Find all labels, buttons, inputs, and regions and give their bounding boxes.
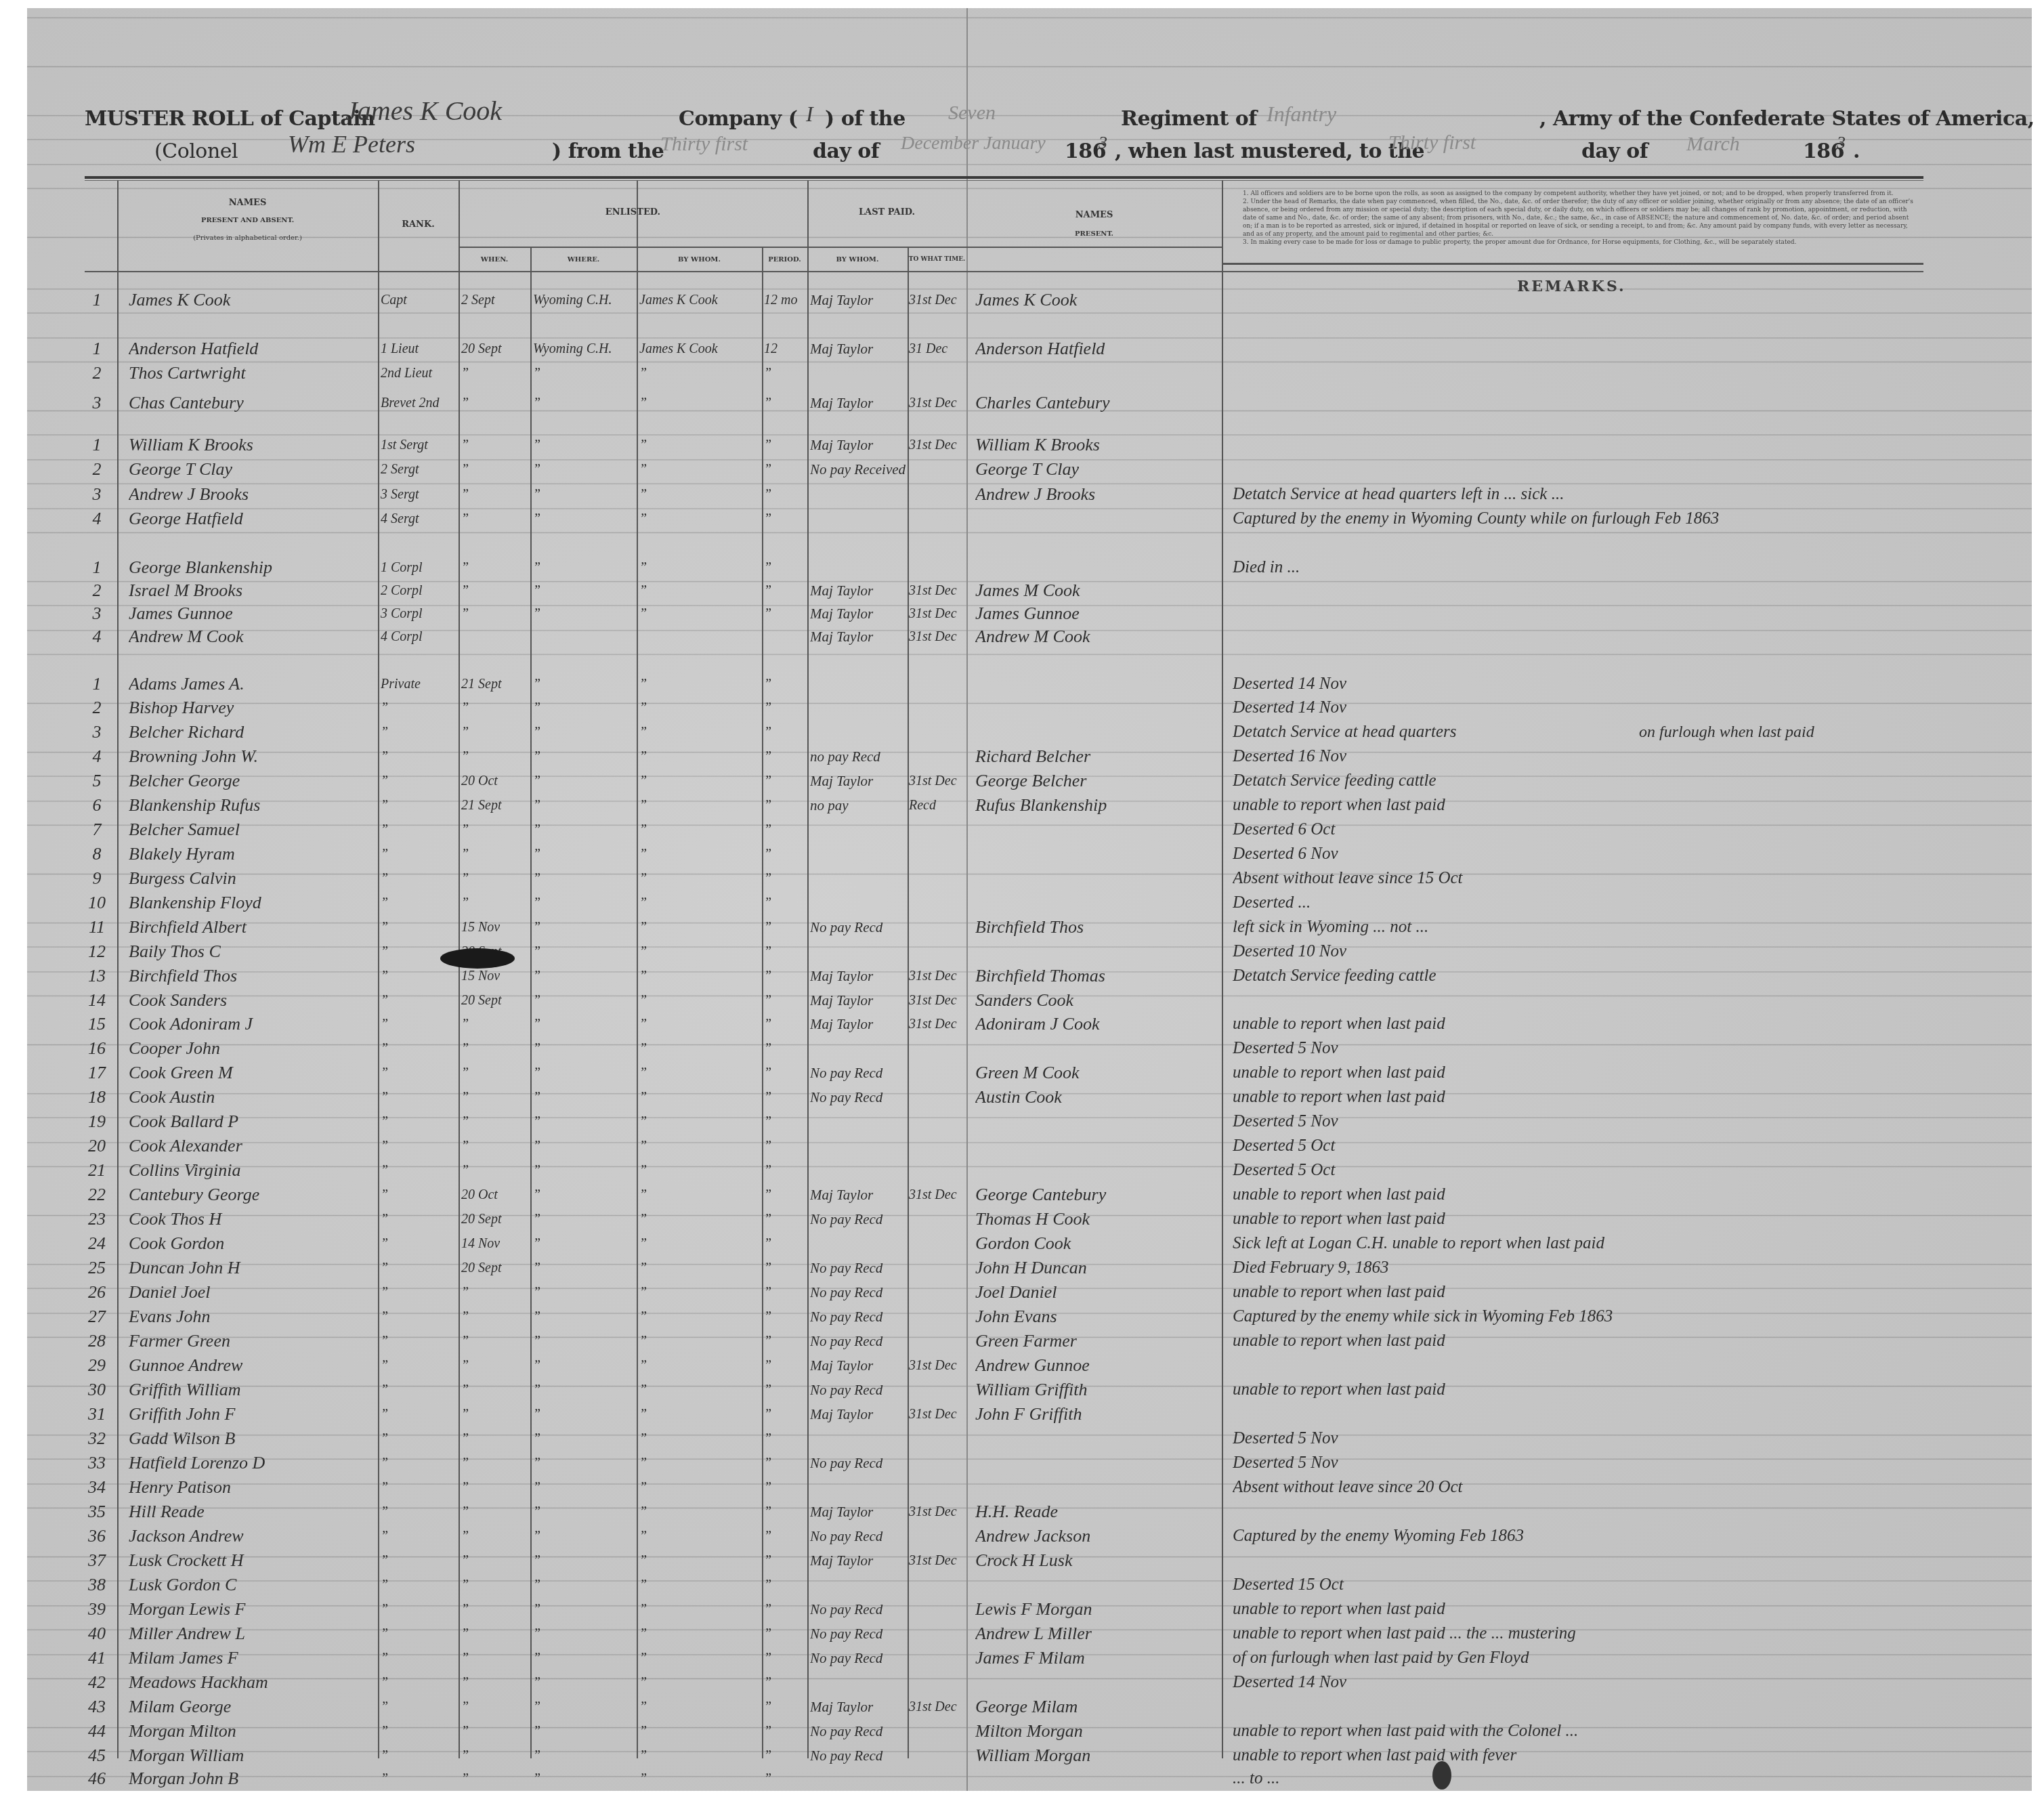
table-row: 3Chas CanteburyBrevet 2nd””””Maj Taylor3… <box>0 391 2044 415</box>
row-number: 29 <box>80 1354 114 1377</box>
last-paid-to-what-time <box>909 1305 966 1328</box>
enlisted-where: ” <box>533 556 635 579</box>
enlisted-by-whom: James K Cook <box>639 337 760 360</box>
enlisted-by-whom: ” <box>639 721 760 744</box>
enlisted-when: ” <box>461 1110 529 1133</box>
table-row: 41Milam James F”””””No pay RecdJames F M… <box>0 1647 2044 1670</box>
last-paid-by-whom <box>810 1671 906 1694</box>
last-paid-to-what-time <box>909 940 966 963</box>
remarks: Deserted 6 Nov <box>1233 843 2025 866</box>
last-paid-by-whom: Maj Taylor <box>810 1013 906 1036</box>
last-paid-by-whom: Maj Taylor <box>810 337 906 360</box>
enlisted-where: ” <box>533 1110 635 1133</box>
enlisted-when: ” <box>461 1305 529 1328</box>
table-row: 5Belcher George”20 Oct”””Maj Taylor31st … <box>0 769 2044 792</box>
enlisted-when: ” <box>461 1427 529 1450</box>
table-row: 24Cook Gordon”14 Nov”””Gordon CookSick l… <box>0 1232 2044 1255</box>
remarks: Deserted 5 Oct <box>1233 1135 2025 1158</box>
table-row: 1William K Brooks1st Sergt””””Maj Taylor… <box>0 433 2044 457</box>
enlisted-where: ” <box>533 721 635 744</box>
soldier-name: Collins Virginia <box>129 1159 376 1182</box>
enlisted-period: ” <box>764 794 806 817</box>
remarks: of on furlough when last paid by Gen Flo… <box>1233 1647 2025 1670</box>
enlisted-period: ” <box>764 1013 806 1036</box>
name-present <box>975 818 1219 841</box>
table-row: 12Baily Thos C”20 Sept”””Deserted 10 Nov <box>0 940 2044 963</box>
enlisted-by-whom: ” <box>639 989 760 1012</box>
rank: ” <box>381 891 456 914</box>
last-paid-by-whom: Maj Taylor <box>810 579 906 602</box>
remarks: Captured by the enemy Wyoming Feb 1863 <box>1233 1525 2025 1548</box>
rank: ” <box>381 745 456 768</box>
rank: ” <box>381 1135 456 1158</box>
row-number: 20 <box>80 1135 114 1158</box>
enlisted-by-whom: ” <box>639 391 760 415</box>
header-rule <box>85 176 1923 179</box>
last-paid-by-whom: Maj Taylor <box>810 625 906 648</box>
enlisted-by-whom: ” <box>639 1573 760 1596</box>
row-number: 30 <box>80 1378 114 1401</box>
last-paid-by-whom: No pay Recd <box>810 1720 906 1743</box>
row-number: 19 <box>80 1110 114 1133</box>
name-present: George Belcher <box>975 769 1219 792</box>
enlisted-period: ” <box>764 391 806 415</box>
enlisted-where: ” <box>533 1086 635 1109</box>
soldier-name: William K Brooks <box>129 433 376 457</box>
enlisted-where: ” <box>533 1135 635 1158</box>
soldier-name: Morgan Lewis F <box>129 1598 376 1621</box>
name-present: H.H. Reade <box>975 1500 1219 1523</box>
rank: 4 Sergt <box>381 507 456 530</box>
enlisted-where: ” <box>533 1767 635 1790</box>
rank: ” <box>381 1744 456 1767</box>
rank: ” <box>381 916 456 939</box>
enlisted-by-whom: ” <box>639 1037 760 1060</box>
remarks <box>1233 1695 2025 1718</box>
enlisted-period: ” <box>764 1256 806 1279</box>
table-row: 27Evans John”””””No pay RecdJohn EvansCa… <box>0 1305 2044 1328</box>
last-paid-by-whom <box>810 1159 906 1182</box>
remarks: left sick in Wyoming ... not ... <box>1233 916 2025 939</box>
last-paid-by-whom <box>810 483 906 506</box>
row-number: 2 <box>80 362 114 385</box>
rank: 1st Sergt <box>381 433 456 457</box>
remarks: Deserted 10 Nov <box>1233 940 2025 963</box>
table-row: 6Blankenship Rufus”21 Sept”””no payRecdR… <box>0 794 2044 817</box>
row-number: 1 <box>80 337 114 360</box>
name-present <box>975 696 1219 719</box>
last-paid-to-what-time <box>909 1720 966 1743</box>
row-number: 2 <box>80 696 114 719</box>
table-row: 18Cook Austin”””””No pay RecdAustin Cook… <box>0 1086 2044 1109</box>
captain-name: James K Cook <box>345 95 502 127</box>
rank: ” <box>381 989 456 1012</box>
last-paid-to-what-time: 31st Dec <box>909 1695 966 1718</box>
enlisted-where <box>533 625 635 648</box>
last-paid-by-whom: Maj Taylor <box>810 289 906 312</box>
last-paid-to-what-time: 31st Dec <box>909 625 966 648</box>
row-number: 24 <box>80 1232 114 1255</box>
remarks <box>1233 337 2025 360</box>
header-names-present-sub: PRESENT. <box>966 230 1222 238</box>
last-paid-by-whom: no pay <box>810 794 906 817</box>
last-paid-by-whom <box>810 818 906 841</box>
remarks: Deserted 14 Nov <box>1233 696 2025 719</box>
enlisted-period: ” <box>764 1671 806 1694</box>
rank: ” <box>381 696 456 719</box>
label-of-the: ) of the <box>825 107 906 131</box>
last-paid-to-what-time <box>909 1037 966 1060</box>
last-paid-by-whom <box>810 1767 906 1790</box>
remarks: Deserted 5 Oct <box>1233 1159 2025 1182</box>
enlisted-when: 21 Sept <box>461 673 529 696</box>
last-paid-by-whom: Maj Taylor <box>810 1354 906 1377</box>
remarks <box>1233 458 2025 481</box>
enlisted-when: ” <box>461 602 529 625</box>
enlisted-where: ” <box>533 891 635 914</box>
last-paid-by-whom: Maj Taylor <box>810 1183 906 1206</box>
table-row: 33Hatfield Lorenzo D”””””No pay RecdDese… <box>0 1452 2044 1475</box>
enlisted-by-whom: ” <box>639 1647 760 1670</box>
enlisted-when <box>461 625 529 648</box>
row-number: 4 <box>80 625 114 648</box>
header-enlisted: ENLISTED. <box>459 207 807 217</box>
soldier-name: Lusk Gordon C <box>129 1573 376 1596</box>
last-paid-by-whom: No pay Recd <box>810 1281 906 1304</box>
table-row: 25Duncan John H”20 Sept”””No pay RecdJoh… <box>0 1256 2044 1279</box>
last-paid-by-whom: No pay Recd <box>810 1086 906 1109</box>
enlisted-when: ” <box>461 1086 529 1109</box>
soldier-name: Baily Thos C <box>129 940 376 963</box>
last-paid-by-whom: No pay Recd <box>810 1305 906 1328</box>
remarks: ... to ... <box>1233 1767 2025 1790</box>
rank: ” <box>381 1500 456 1523</box>
enlisted-period: ” <box>764 1110 806 1133</box>
enlisted-where: ” <box>533 1573 635 1596</box>
enlisted-when: ” <box>461 391 529 415</box>
row-number: 15 <box>80 1013 114 1036</box>
enlisted-when: ” <box>461 1525 529 1548</box>
remarks: Deserted 5 Nov <box>1233 1452 2025 1475</box>
row-number: 21 <box>80 1159 114 1182</box>
enlisted-where: ” <box>533 965 635 988</box>
enlisted-period: ” <box>764 1135 806 1158</box>
soldier-name: Hatfield Lorenzo D <box>129 1452 376 1475</box>
row-number: 8 <box>80 843 114 866</box>
enlisted-where: ” <box>533 1476 635 1499</box>
table-row: 34Henry Patison”””””Absent without leave… <box>0 1476 2044 1499</box>
enlisted-by-whom: ” <box>639 1500 760 1523</box>
row-number: 4 <box>80 507 114 530</box>
last-paid-by-whom <box>810 1476 906 1499</box>
row-number: 1 <box>80 673 114 696</box>
rank: Capt <box>381 289 456 312</box>
last-paid-by-whom: Maj Taylor <box>810 602 906 625</box>
enlisted-period: ” <box>764 1061 806 1084</box>
table-row: 32Gadd Wilson B”””””Deserted 5 Nov <box>0 1427 2044 1450</box>
enlisted-by-whom: ” <box>639 1549 760 1572</box>
table-row: 38Lusk Gordon C”””””Deserted 15 Oct <box>0 1573 2044 1596</box>
rank: ” <box>381 1037 456 1060</box>
remarks: Absent without leave since 15 Oct <box>1233 867 2025 890</box>
enlisted-by-whom: ” <box>639 1305 760 1328</box>
table-row: 3Andrew J Brooks3 Sergt””””Andrew J Broo… <box>0 483 2044 506</box>
soldier-name: Cook Alexander <box>129 1135 376 1158</box>
name-present <box>975 940 1219 963</box>
last-paid-to-what-time: 31st Dec <box>909 965 966 988</box>
last-paid-to-what-time <box>909 1744 966 1767</box>
enlisted-by-whom: ” <box>639 1744 760 1767</box>
name-present: James M Cook <box>975 579 1219 602</box>
enlisted-period: ” <box>764 1720 806 1743</box>
enlisted-period: ” <box>764 1476 806 1499</box>
remarks: Died in ... <box>1233 556 2025 579</box>
row-number: 5 <box>80 769 114 792</box>
table-row: 4Andrew M Cook4 CorplMaj Taylor31st DecA… <box>0 625 2044 648</box>
enlisted-period <box>764 625 806 648</box>
rank: ” <box>381 1598 456 1621</box>
enlisted-when: ” <box>461 1671 529 1694</box>
enlisted-where: ” <box>533 794 635 817</box>
enlisted-period: 12 <box>764 337 806 360</box>
soldier-name: Belcher Samuel <box>129 818 376 841</box>
enlisted-by-whom: ” <box>639 673 760 696</box>
enlisted-when: ” <box>461 1135 529 1158</box>
rank: ” <box>381 721 456 744</box>
soldier-name: Meadows Hackham <box>129 1671 376 1694</box>
row-number: 1 <box>80 556 114 579</box>
name-present: Sanders Cook <box>975 989 1219 1012</box>
enlisted-where: ” <box>533 1378 635 1401</box>
name-present <box>975 362 1219 385</box>
rank: ” <box>381 794 456 817</box>
enlisted-when: ” <box>461 1500 529 1523</box>
last-paid-to-what-time <box>909 1622 966 1645</box>
enlisted-period: ” <box>764 602 806 625</box>
table-row: 13Birchfield Thos”15 Nov”””Maj Taylor31s… <box>0 965 2044 988</box>
enlisted-when: ” <box>461 458 529 481</box>
enlisted-when: ” <box>461 696 529 719</box>
enlisted-by-whom: ” <box>639 843 760 866</box>
enlisted-by-whom: ” <box>639 696 760 719</box>
enlisted-where: ” <box>533 507 635 530</box>
ink-blot <box>1432 1761 1451 1790</box>
remarks: Deserted 14 Nov <box>1233 673 2025 696</box>
enlisted-by-whom: ” <box>639 940 760 963</box>
last-paid-by-whom <box>810 1135 906 1158</box>
soldier-name: George T Clay <box>129 458 376 481</box>
enlisted-when: ” <box>461 818 529 841</box>
name-present: Austin Cook <box>975 1086 1219 1109</box>
table-row: 1Anderson Hatfield1 Lieut20 SeptWyoming … <box>0 337 2044 360</box>
enlisted-period: ” <box>764 1427 806 1450</box>
enlisted-period: ” <box>764 507 806 530</box>
enlisted-by-whom: ” <box>639 1452 760 1475</box>
instructions-bottom-rule <box>1222 263 1923 265</box>
last-paid-to-what-time <box>909 1135 966 1158</box>
enlisted-where: ” <box>533 1403 635 1426</box>
enlisted-where: ” <box>533 433 635 457</box>
enlisted-where: ” <box>533 1549 635 1572</box>
year-2-suffix: 3 <box>1837 133 1846 153</box>
name-present: Charles Cantebury <box>975 391 1219 415</box>
enlisted-where: ” <box>533 1720 635 1743</box>
enlisted-by-whom: ” <box>639 1159 760 1182</box>
header-last-paid-by-whom: BY WHOM. <box>807 256 908 263</box>
last-paid-by-whom: No pay Recd <box>810 1452 906 1475</box>
enlisted-period: ” <box>764 673 806 696</box>
last-paid-by-whom: Maj Taylor <box>810 391 906 415</box>
enlisted-by-whom: ” <box>639 1281 760 1304</box>
enlisted-where: ” <box>533 769 635 792</box>
enlisted-by-whom: ” <box>639 1354 760 1377</box>
enlisted-where: ” <box>533 1500 635 1523</box>
header-names-note: (Privates in alphabetical order.) <box>117 234 378 242</box>
enlisted-when: 2 Sept <box>461 289 529 312</box>
enlisted-where: ” <box>533 579 635 602</box>
enlisted-when: ” <box>461 843 529 866</box>
remarks: Deserted 5 Nov <box>1233 1110 2025 1133</box>
enlisted-period: ” <box>764 867 806 890</box>
enlisted-period: ” <box>764 891 806 914</box>
regiment-type: Infantry <box>1266 102 1336 127</box>
name-present: James F Milam <box>975 1647 1219 1670</box>
row-number: 14 <box>80 989 114 1012</box>
remarks: unable to report when last paid <box>1233 1378 2025 1401</box>
enlisted-where: ” <box>533 1598 635 1621</box>
name-present <box>975 673 1219 696</box>
enlisted-where: ” <box>533 391 635 415</box>
last-paid-to-what-time <box>909 1061 966 1084</box>
enlisted-when: ” <box>461 1403 529 1426</box>
remarks: Deserted 5 Nov <box>1233 1037 2025 1060</box>
rank: ” <box>381 1525 456 1548</box>
remarks: Detatch Service at head quarters left in… <box>1233 483 2025 506</box>
name-present: George T Clay <box>975 458 1219 481</box>
enlisted-where: ” <box>533 1183 635 1206</box>
enlisted-period: ” <box>764 916 806 939</box>
soldier-name: Griffith John F <box>129 1403 376 1426</box>
last-paid-to-what-time <box>909 362 966 385</box>
enlisted-by-whom: ” <box>639 579 760 602</box>
enlisted-period: ” <box>764 1767 806 1790</box>
last-paid-to-what-time <box>909 696 966 719</box>
rank: ” <box>381 1671 456 1694</box>
enlisted-where: ” <box>533 745 635 768</box>
last-paid-by-whom: Maj Taylor <box>810 1695 906 1718</box>
remarks: unable to report when last paid <box>1233 1598 2025 1621</box>
last-paid-by-whom: No pay Recd <box>810 1598 906 1621</box>
last-paid-to-what-time <box>909 1330 966 1353</box>
enlisted-period: ” <box>764 1086 806 1109</box>
soldier-name: Duncan John H <box>129 1256 376 1279</box>
last-paid-to-what-time: 31st Dec <box>909 391 966 415</box>
last-paid-to-what-time: 31st Dec <box>909 1549 966 1572</box>
table-row: 20Cook Alexander”””””Deserted 5 Oct <box>0 1135 2044 1158</box>
enlisted-where: ” <box>533 818 635 841</box>
table-row: 40Miller Andrew L”””””No pay RecdAndrew … <box>0 1622 2044 1645</box>
last-paid-to-what-time <box>909 507 966 530</box>
label-colonel: (Colonel <box>154 140 238 163</box>
last-paid-to-what-time: 31st Dec <box>909 433 966 457</box>
row-number: 6 <box>80 794 114 817</box>
last-paid-to-what-time <box>909 556 966 579</box>
row-number: 4 <box>80 745 114 768</box>
enlisted-by-whom: ” <box>639 1208 760 1231</box>
enlisted-when: 20 Sept <box>461 989 529 1012</box>
enlisted-by-whom <box>639 625 760 648</box>
remarks <box>1233 1403 2025 1426</box>
name-present <box>975 891 1219 914</box>
enlisted-by-whom: ” <box>639 794 760 817</box>
header-rule-thin <box>85 180 1923 181</box>
label-army: , Army of the Confederate States of Amer… <box>1539 107 2035 131</box>
row-number: 36 <box>80 1525 114 1548</box>
table-row: 4Browning John W.”””””no pay RecdRichard… <box>0 745 2044 768</box>
soldier-name: Blankenship Rufus <box>129 794 376 817</box>
instruction-item: 2. Under the head of Remarks, the date w… <box>1243 198 1913 238</box>
rank: ” <box>381 1549 456 1572</box>
remarks <box>1233 625 2025 648</box>
remarks: Captured by the enemy while sick in Wyom… <box>1233 1305 2025 1328</box>
enlisted-when: ” <box>461 891 529 914</box>
table-row: 26Daniel Joel”””””No pay RecdJoel Daniel… <box>0 1281 2044 1304</box>
row-number: 3 <box>80 602 114 625</box>
enlisted-by-whom: ” <box>639 1598 760 1621</box>
header-last-paid-to-what-time: TO WHAT TIME. <box>908 256 966 263</box>
enlisted-where: ” <box>533 867 635 890</box>
soldier-name: Cook Gordon <box>129 1232 376 1255</box>
row-number: 3 <box>80 483 114 506</box>
enlisted-by-whom: ” <box>639 1183 760 1206</box>
soldier-name: Birchfield Albert <box>129 916 376 939</box>
company-letter: I <box>806 102 813 127</box>
enlisted-by-whom: ” <box>639 1135 760 1158</box>
rank: ” <box>381 843 456 866</box>
enlisted-period: ” <box>764 940 806 963</box>
enlisted-when: ” <box>461 1452 529 1475</box>
last-paid-by-whom <box>810 1110 906 1133</box>
last-paid-to-what-time: 31 Dec <box>909 337 966 360</box>
rank: ” <box>381 1013 456 1036</box>
remarks: unable to report when last paid <box>1233 1281 2025 1304</box>
remarks <box>1233 1549 2025 1572</box>
row-number: 2 <box>80 458 114 481</box>
name-present <box>975 556 1219 579</box>
enlisted-by-whom: ” <box>639 1525 760 1548</box>
last-paid-by-whom: No pay Recd <box>810 1256 906 1279</box>
last-paid-to-what-time: 31st Dec <box>909 602 966 625</box>
last-paid-by-whom <box>810 867 906 890</box>
remarks: Deserted ... <box>1233 891 2025 914</box>
name-present: Crock H Lusk <box>975 1549 1219 1572</box>
last-paid-to-what-time <box>909 1256 966 1279</box>
rank: Private <box>381 673 456 696</box>
table-row: 21Collins Virginia”””””Deserted 5 Oct <box>0 1159 2044 1182</box>
enlisted-by-whom: ” <box>639 1767 760 1790</box>
enlisted-when: ” <box>461 1573 529 1596</box>
last-paid-to-what-time <box>909 1281 966 1304</box>
last-paid-to-what-time <box>909 1767 966 1790</box>
row-number: 26 <box>80 1281 114 1304</box>
soldier-name: Cook Ballard P <box>129 1110 376 1133</box>
enlisted-period: ” <box>764 483 806 506</box>
table-row: 22Cantebury George”20 Oct”””Maj Taylor31… <box>0 1183 2044 1206</box>
enlisted-when: 20 Sept <box>461 337 529 360</box>
enlisted-by-whom: ” <box>639 965 760 988</box>
last-paid-by-whom: No pay Recd <box>810 1378 906 1401</box>
name-present: Andrew J Brooks <box>975 483 1219 506</box>
